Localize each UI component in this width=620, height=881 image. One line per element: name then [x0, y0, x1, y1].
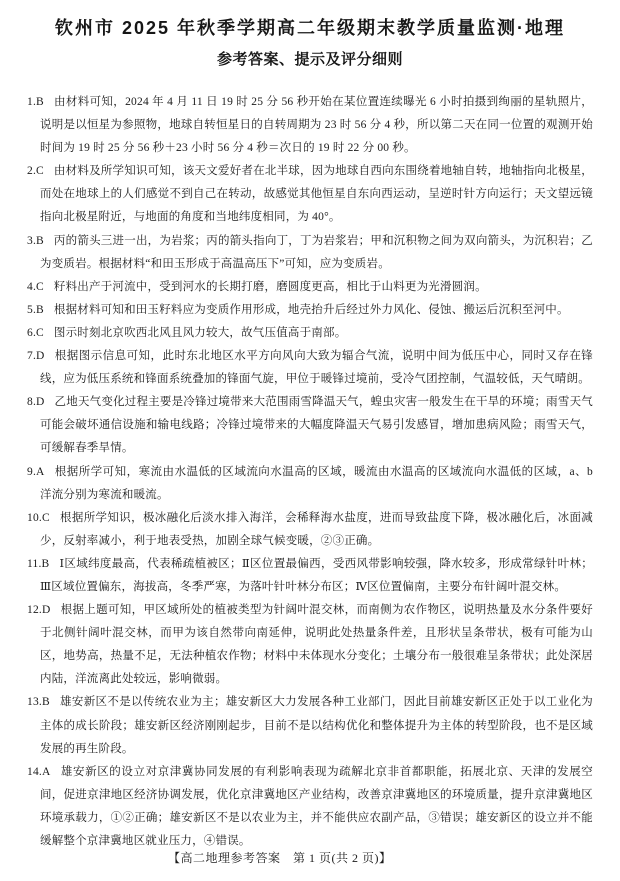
answer-text: 根据所学可知，寒流由水温低的区域流向水温高的区域，暖流由水温高的区域流向水温低的…	[40, 466, 593, 501]
answer-text: 乙地天气变化过程主要是冷锋过境带来大范围雨雪降温天气，蝗虫灾害一般发生在干旱的环…	[40, 396, 593, 454]
answer-text: 根据材料可知和田玉籽料应为变质作用形成，地壳抬升后经过外力风化、侵蚀、搬运后沉积…	[54, 304, 569, 316]
answer-item-4: 4.C籽料出产于河流中，受到河水的长期打磨，磨圆度更高，相比于山料更为光滑圆润。	[40, 276, 593, 299]
answer-text: 籽料出产于河流中，受到河水的长期打磨，磨圆度更高，相比于山料更为光滑圆润。	[54, 281, 487, 293]
answer-text: 由材料可知，2024 年 4 月 11 日 19 时 25 分 56 秒开始在某…	[40, 96, 593, 154]
answer-label: 2.C	[27, 165, 44, 177]
page-title: 钦州市 2025 年秋季学期高二年级期末教学质量监测·地理	[10, 14, 610, 40]
page-footer: 【高二地理参考答案 第 1 页(共 2 页)】	[168, 849, 392, 866]
answer-text: 图示时刻北京吹西北风且风力较大，故气压值高于南部。	[54, 327, 347, 339]
answer-label: 6.C	[27, 327, 44, 339]
answer-label: 5.B	[27, 304, 44, 316]
answer-label: 3.B	[27, 235, 44, 247]
answer-sheet-page: 钦州市 2025 年秋季学期高二年级期末教学质量监测·地理 参考答案、提示及评分…	[0, 0, 620, 881]
answer-text: 根据所学知识，极冰融化后淡水排入海洋，会稀释海水盐度，进而导致盐度下降，极冰融化…	[40, 512, 593, 547]
answer-text: 由材料及所学知识可知，该天文爱好者在北半球，因为地球自西向东围绕着地轴自转，地轴…	[40, 165, 593, 223]
answer-text: 根据图示信息可知，此时东北地区水平方向风向大致为辐合气流，说明中间为低压中心，同…	[40, 350, 593, 385]
answer-label: 12.D	[27, 604, 50, 616]
answer-item-12: 12.D根据上题可知，甲区域所处的植被类型为针阔叶混交林，而南侧为农作物区，说明…	[40, 599, 593, 691]
answer-item-9: 9.A根据所学可知，寒流由水温低的区域流向水温高的区域，暖流由水温高的区域流向水…	[40, 461, 593, 507]
answer-text: 丙的箭头三进一出，为岩浆；丙的箭头指向丁，丁为岩浆岩；甲和沉积物之间为双向箭头，…	[40, 235, 593, 270]
answer-item-11: 11.BⅠ区域纬度最高，代表稀疏植被区；Ⅱ区位置最偏西，受西风带影响较强，降水较…	[40, 553, 593, 599]
answer-label: 4.C	[27, 281, 44, 293]
answer-label: 9.A	[27, 466, 45, 478]
answer-item-7: 7.D根据图示信息可知，此时东北地区水平方向风向大致为辐合气流，说明中间为低压中…	[40, 345, 593, 391]
answer-text: Ⅰ区域纬度最高，代表稀疏植被区；Ⅱ区位置最偏西，受西风带影响较强，降水较多，形成…	[40, 558, 593, 593]
answer-text: 雄安新区的设立对京津冀协同发展的有利影响表现为疏解北京非首都职能，拓展北京、天津…	[40, 766, 593, 847]
answer-list: 1.B由材料可知，2024 年 4 月 11 日 19 时 25 分 56 秒开…	[0, 91, 620, 853]
answer-item-6: 6.C图示时刻北京吹西北风且风力较大，故气压值高于南部。	[40, 322, 593, 345]
answer-label: 1.B	[27, 96, 44, 108]
answer-text: 雄安新区不是以传统农业为主；雄安新区大力发展各种工业部门，因此目前雄安新区正处于…	[40, 696, 593, 754]
answer-text: 根据上题可知，甲区域所处的植被类型为针阔叶混交林，而南侧为农作物区，说明热量及水…	[40, 604, 593, 685]
answer-item-3: 3.B丙的箭头三进一出，为岩浆；丙的箭头指向丁，丁为岩浆岩；甲和沉积物之间为双向…	[40, 230, 593, 276]
answer-item-5: 5.B根据材料可知和田玉籽料应为变质作用形成，地壳抬升后经过外力风化、侵蚀、搬运…	[40, 299, 593, 322]
answer-label: 14.A	[27, 766, 50, 778]
page-subtitle: 参考答案、提示及评分细则	[10, 48, 610, 69]
answer-item-8: 8.D乙地天气变化过程主要是冷锋过境带来大范围雨雪降温天气，蝗虫灾害一般发生在干…	[40, 391, 593, 460]
answer-item-14: 14.A雄安新区的设立对京津冀协同发展的有利影响表现为疏解北京非首都职能，拓展北…	[40, 761, 593, 853]
answer-item-2: 2.C由材料及所学知识可知，该天文爱好者在北半球，因为地球自西向东围绕着地轴自转…	[40, 160, 593, 229]
answer-item-10: 10.C根据所学知识，极冰融化后淡水排入海洋，会稀释海水盐度，进而导致盐度下降，…	[40, 507, 593, 553]
answer-label: 11.B	[27, 558, 49, 570]
answer-label: 13.B	[27, 696, 50, 708]
answer-label: 7.D	[27, 350, 45, 362]
answer-label: 8.D	[27, 396, 45, 408]
answer-item-13: 13.B雄安新区不是以传统农业为主；雄安新区大力发展各种工业部门，因此目前雄安新…	[40, 691, 593, 760]
answer-label: 10.C	[27, 512, 50, 524]
answer-item-1: 1.B由材料可知，2024 年 4 月 11 日 19 时 25 分 56 秒开…	[40, 91, 593, 160]
